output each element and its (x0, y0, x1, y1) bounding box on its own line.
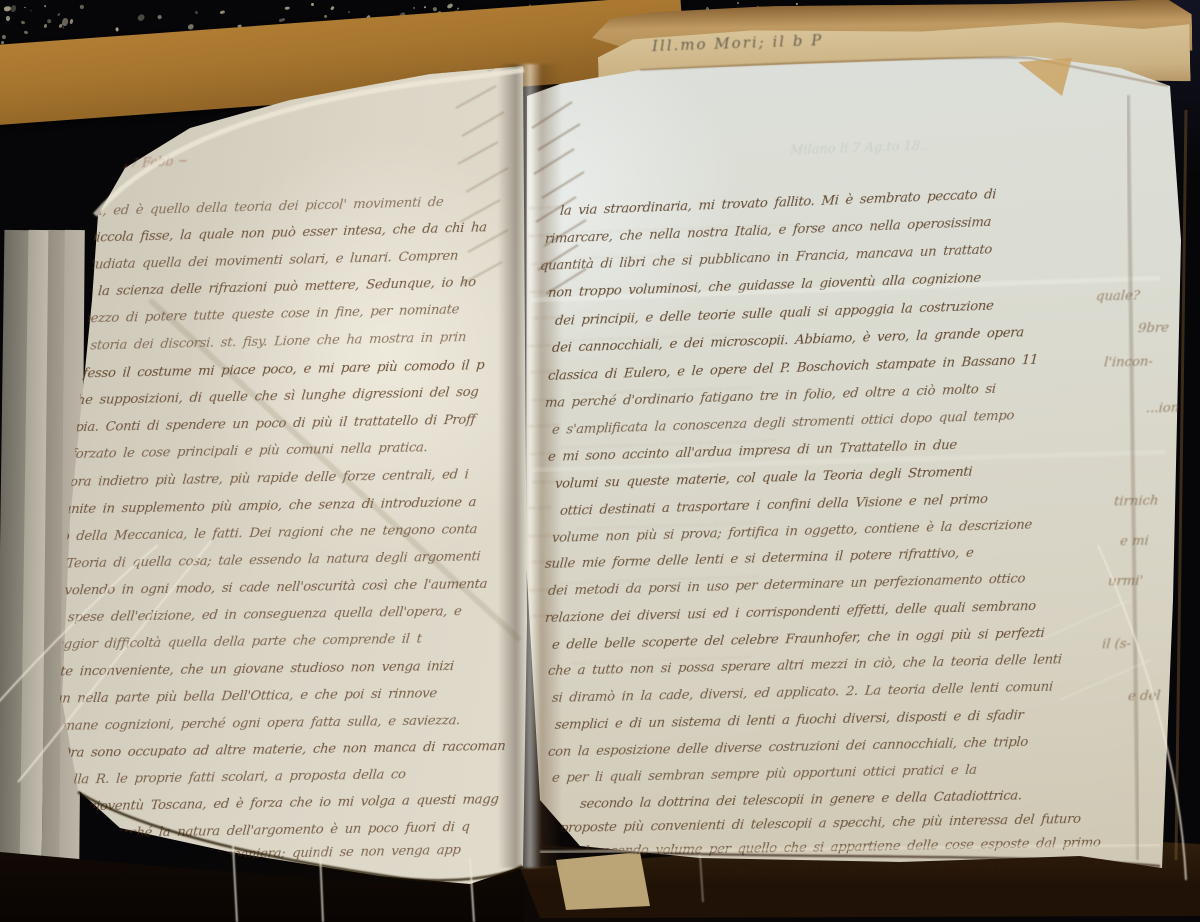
bleedthrough-mark: ~~~ (531, 609, 557, 623)
marble-speck (70, 19, 74, 24)
margin-note: il (s- (1101, 637, 1131, 653)
marble-speck (412, 6, 415, 9)
marble-speck (187, 23, 195, 31)
marble-speck (43, 5, 46, 8)
manuscript-line: oposta, ed è quello della teoria dei pic… (59, 195, 444, 220)
manuscript-line: menti, perché la natura dell'argomento è… (59, 820, 470, 842)
bleedthrough-mark: ~~~ (528, 285, 554, 299)
marble-speck (285, 6, 290, 9)
manuscript-line: amane cognizioni, perché ogni opera fatt… (54, 713, 460, 734)
manuscript-line: onde che la scienza delle rifrazioni può… (29, 275, 476, 301)
margin-note: l'incon- (1103, 354, 1153, 370)
margin-note: urmi' (1107, 574, 1143, 590)
manuscript-line: classica di Eulero, e le opere del P. Bo… (547, 353, 1038, 384)
marble-speck (137, 13, 146, 22)
manuscript-line: e s'amplificata la conoscenza degli stro… (551, 408, 1014, 438)
manuscript-line: in più piccola fisse, la quale non può e… (41, 220, 487, 247)
marble-speck (283, 18, 285, 21)
margin-note: tirnich (1113, 494, 1159, 510)
margin-note: 9bre (1137, 321, 1169, 337)
manuscript-line: volumi su queste materie, col quale la T… (554, 465, 972, 492)
bleedthrough-mark: ~~~~ (531, 474, 565, 488)
manuscript-line: e per li quali sembran sempre più opport… (551, 763, 977, 786)
manuscript-line: studio della Meccanica, le fatti. Dei ra… (29, 522, 477, 545)
marble-speck (23, 31, 28, 35)
marble-speck (311, 2, 315, 6)
manuscript-line: secondo la dottrina dei telescopii in ge… (579, 789, 1022, 813)
margin-note: quale? (1095, 289, 1140, 305)
marble-speck (43, 24, 47, 28)
manuscript-line: a man nella parte più bella Dell'Ottica,… (27, 686, 437, 707)
manuscript-line: bella gioventù Toscana, ed è forza che i… (49, 792, 499, 815)
marble-speck (158, 15, 163, 20)
manuscript-line: non troppo voluminosi, che guidasse la g… (547, 271, 981, 301)
marble-speck (57, 13, 60, 16)
marble-speck (10, 4, 17, 12)
manuscript-line: relazione dei diversi usi ed i corrispon… (544, 599, 1036, 626)
bleedthrough-mark: ~~~~ (530, 256, 564, 270)
marble-speck (219, 10, 224, 15)
ghost-dateline: Milano li 7 Ag.to 18.. (790, 139, 929, 159)
manuscript-line: punto la storia dei discorsi. st. fisy. … (27, 330, 466, 355)
marble-speck (116, 27, 120, 32)
bleedthrough-mark: ~~~ (527, 229, 553, 243)
marble-speck (20, 20, 25, 24)
manuscript-line: principia. Conti di spendere un poco di … (37, 413, 475, 436)
bleedthrough-mark: ~~~~ (528, 200, 562, 214)
manuscript-line: queste inconveniente, che un giovane stu… (29, 659, 454, 680)
bleedthrough-mark: ~~~ (530, 555, 556, 569)
marble-speck (432, 7, 437, 12)
manuscript-line: che volendo in ogni modo, si cade nell'o… (34, 577, 487, 599)
bleedthrough-mark: ~~~~ (527, 418, 561, 432)
manuscript-line: 1.a Teoria di quella cosa; tale essendo … (39, 549, 481, 572)
marble-speck (330, 6, 334, 11)
manuscript-line: si diramò in la cade, diversi, ed applic… (551, 680, 1053, 706)
manuscript-line: qualche supposizioni, di quelle che sì l… (41, 385, 479, 409)
manuscript-line: ove ancora indietro più lastre, più rapi… (17, 467, 469, 491)
marble-speck (195, 10, 199, 14)
manuscript-line: la via straordinaria, mi trovato fallito… (560, 187, 997, 219)
manuscript-photo: Ill.mo Mori; il b P oposta, ed è quello … (0, 0, 1200, 922)
manuscript-line: semplici e di un sistema di lenti a fuoc… (554, 708, 1024, 733)
manuscript-line: e delle belle scoperte del celebre Fraun… (551, 626, 1045, 653)
ghost-date-note: ~ li 17 Febb ~ (96, 153, 189, 173)
marble-speck (347, 11, 350, 13)
manuscript-line: mi rinforzato le cose principali e più c… (29, 440, 428, 463)
manuscript-line: delle spese dell'edizione, ed in consegu… (29, 604, 462, 626)
bleedthrough-mark: ~~~~ (529, 364, 563, 378)
marble-speck (5, 16, 10, 22)
manuscript-line: dei principii, e delle teorie sulle qual… (554, 299, 994, 329)
marble-speck (80, 4, 85, 9)
manuscript-line: di maggior difficoltà quella della parte… (24, 632, 422, 653)
bleedthrough-mark: ~~~~ (527, 528, 561, 542)
marble-speck (1, 34, 6, 39)
marble-speck (24, 7, 26, 9)
marble-speck (62, 26, 64, 29)
manuscript-line: nelle unite in supplemento più ampio, ch… (24, 495, 476, 518)
bleedthrough-mark: ~~~~ (528, 582, 562, 596)
marble-speck (796, 2, 798, 5)
marble-speck (423, 6, 425, 8)
bleedthrough-mark: ~~~~ (532, 310, 566, 324)
margin-note: e del (1127, 689, 1161, 705)
margin-note: ...ione (1145, 401, 1187, 417)
manuscript-line: Ora sono occupato ad altre materie, che … (59, 739, 506, 761)
marble-speck (737, 2, 739, 4)
manuscript-line: proposte più convenienti di telescopii a… (559, 812, 1081, 836)
marble-speck (324, 14, 328, 18)
marble-speck (29, 10, 31, 12)
bleedthrough-mark: ~~~ (528, 501, 554, 515)
marble-speck (447, 3, 454, 9)
manuscript-line: con la esposizione delle diverse costruz… (547, 735, 1028, 760)
manuscript-line: qualche pezzo di potere tutte queste cos… (24, 302, 459, 328)
bleedthrough-mark: ~~~ (527, 339, 553, 353)
manuscript-line: di già studiata quella dei movimenti sol… (37, 249, 458, 274)
manuscript-line: ottici destinati a trasportare i confini… (559, 492, 988, 519)
margin-note: e mi (1119, 534, 1149, 550)
manuscript-line: confesso il costume mi piace poco, e mi … (59, 358, 485, 382)
bleedthrough-mark: ~~~ (531, 393, 557, 407)
manuscript-line: se alla R. le proprie fatti scolari, a p… (44, 767, 406, 788)
bleedthrough-mark: ~~~ (529, 447, 555, 461)
manuscript-line: sulle mie forme delle lenti e si determi… (544, 546, 974, 572)
marble-speck (46, 19, 51, 24)
